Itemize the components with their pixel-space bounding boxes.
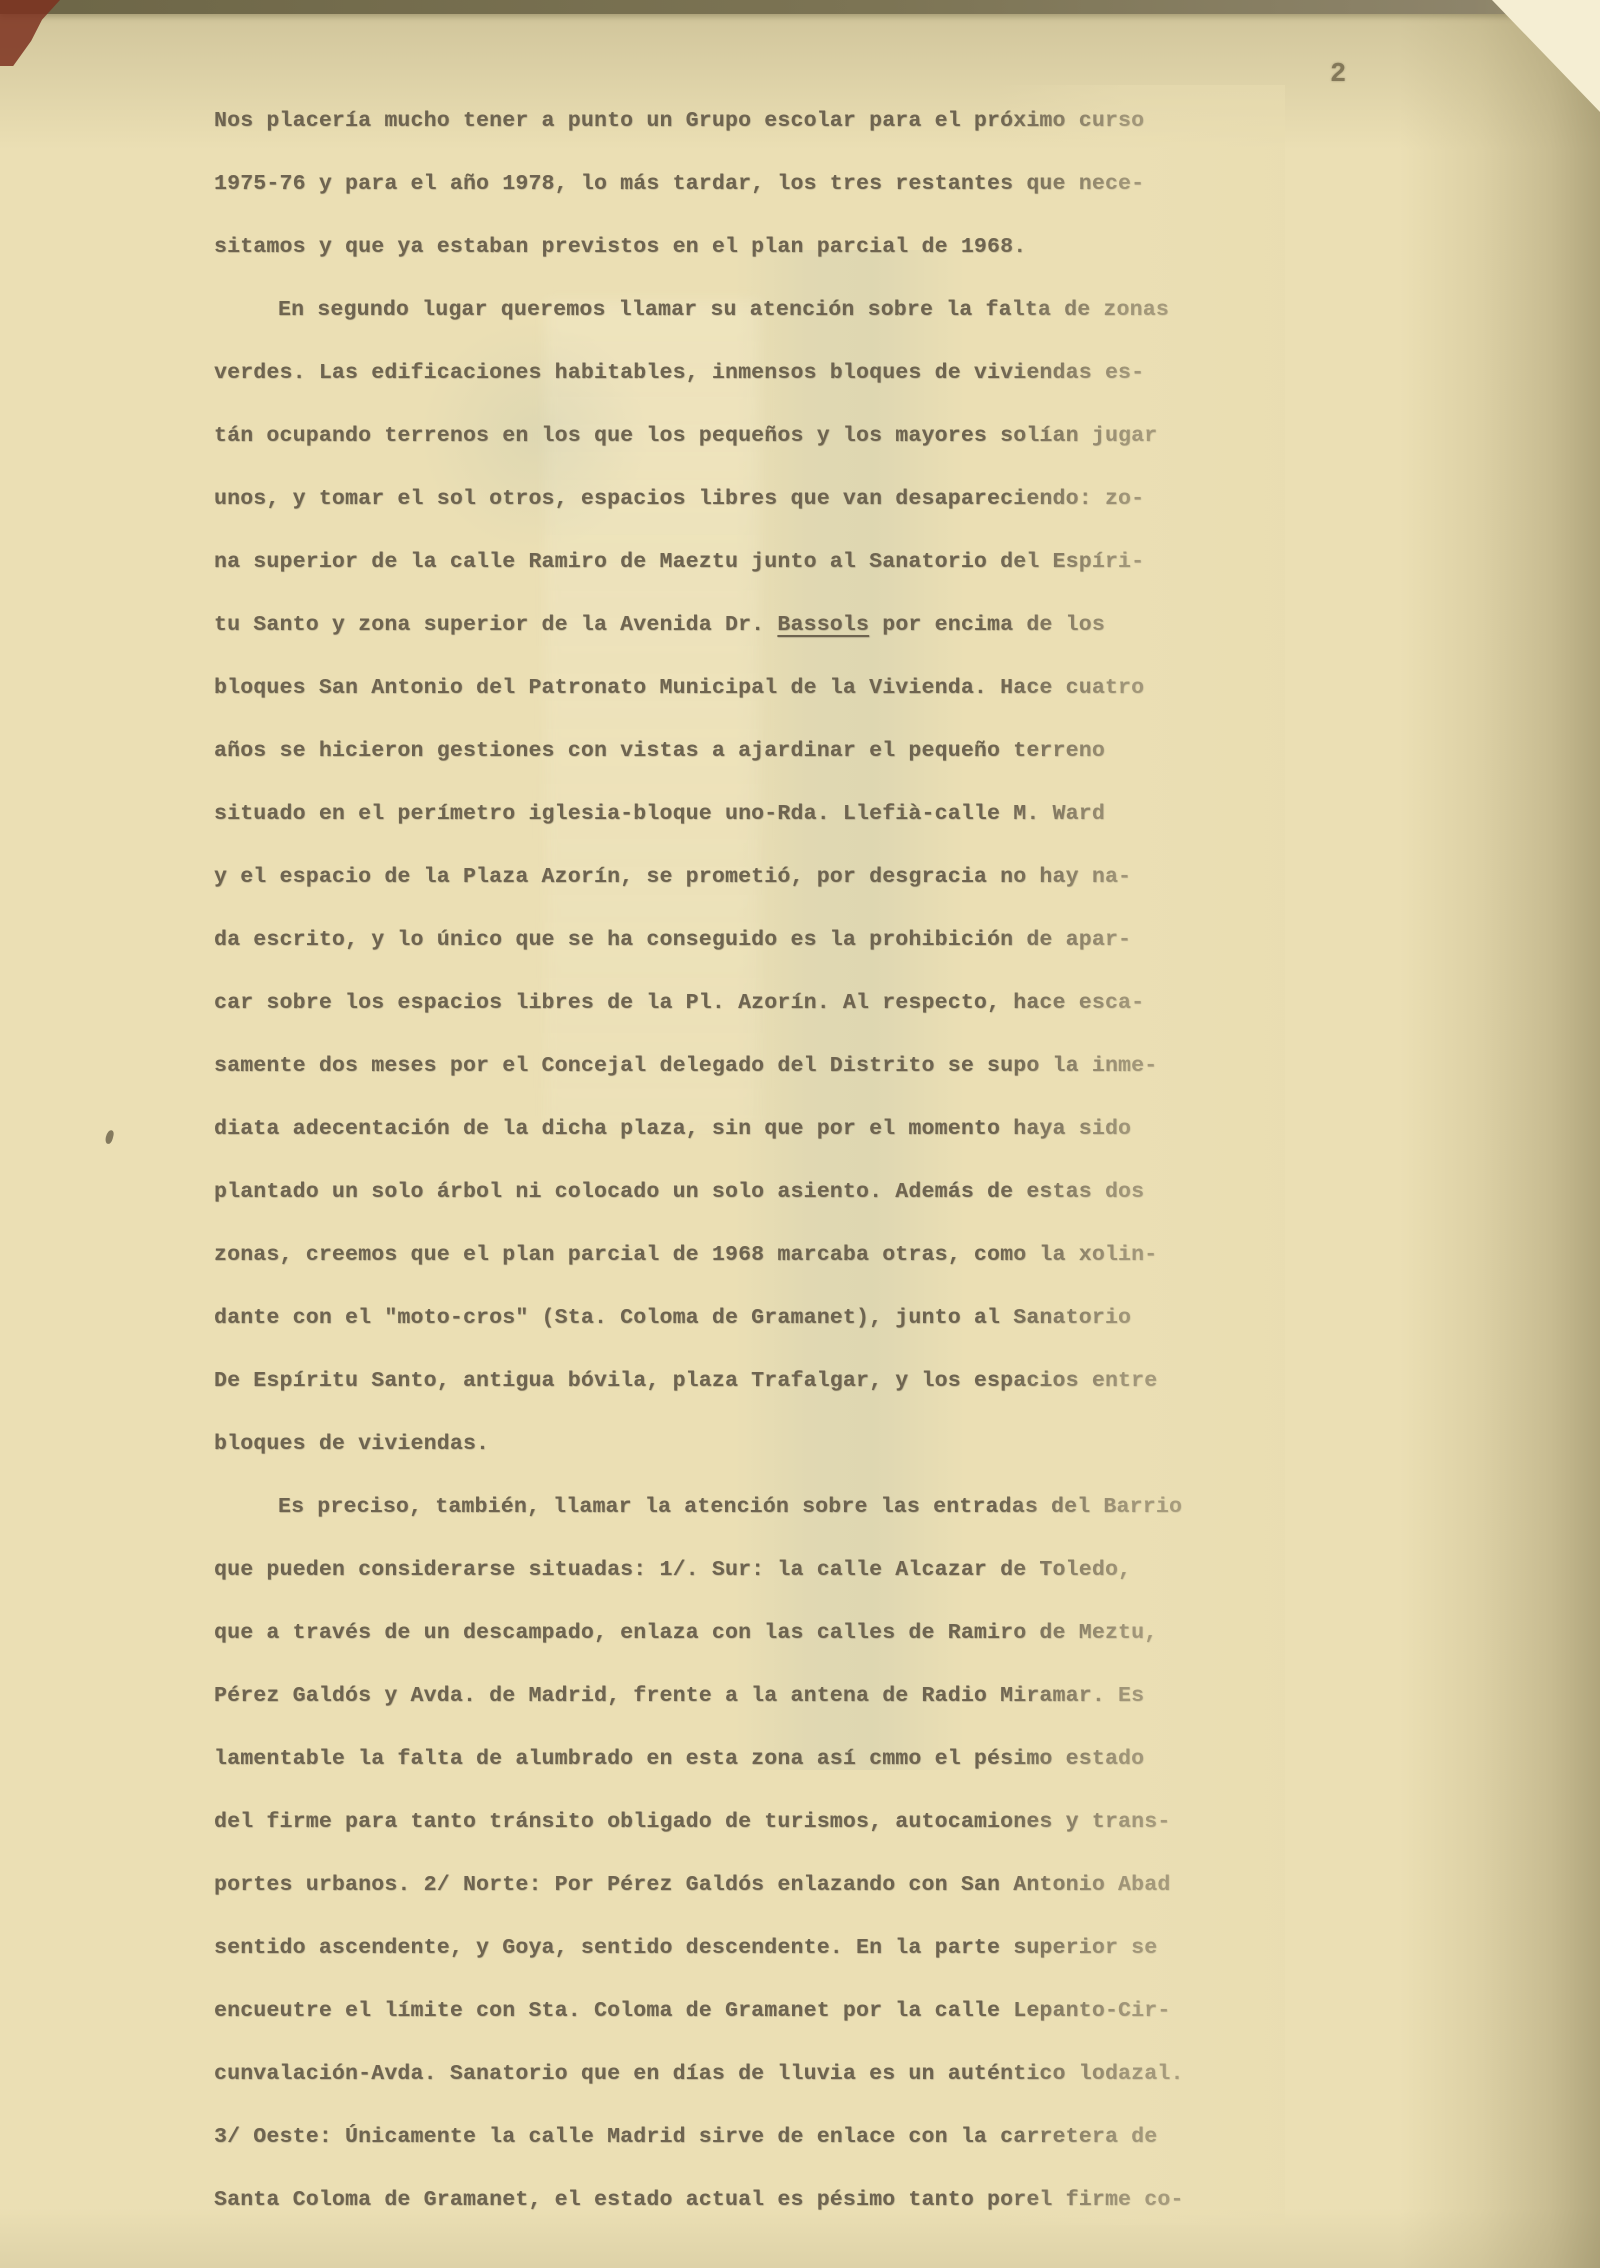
ink-speck [104,1129,114,1144]
top-right-corner-cut [1492,0,1600,112]
right-fade-overlay [995,85,1285,2225]
scan-top-edge [0,0,1600,14]
scan-right-edge [1400,0,1600,2268]
underlined-text: Bassols [777,613,869,637]
page-number: 2 [1330,60,1346,90]
